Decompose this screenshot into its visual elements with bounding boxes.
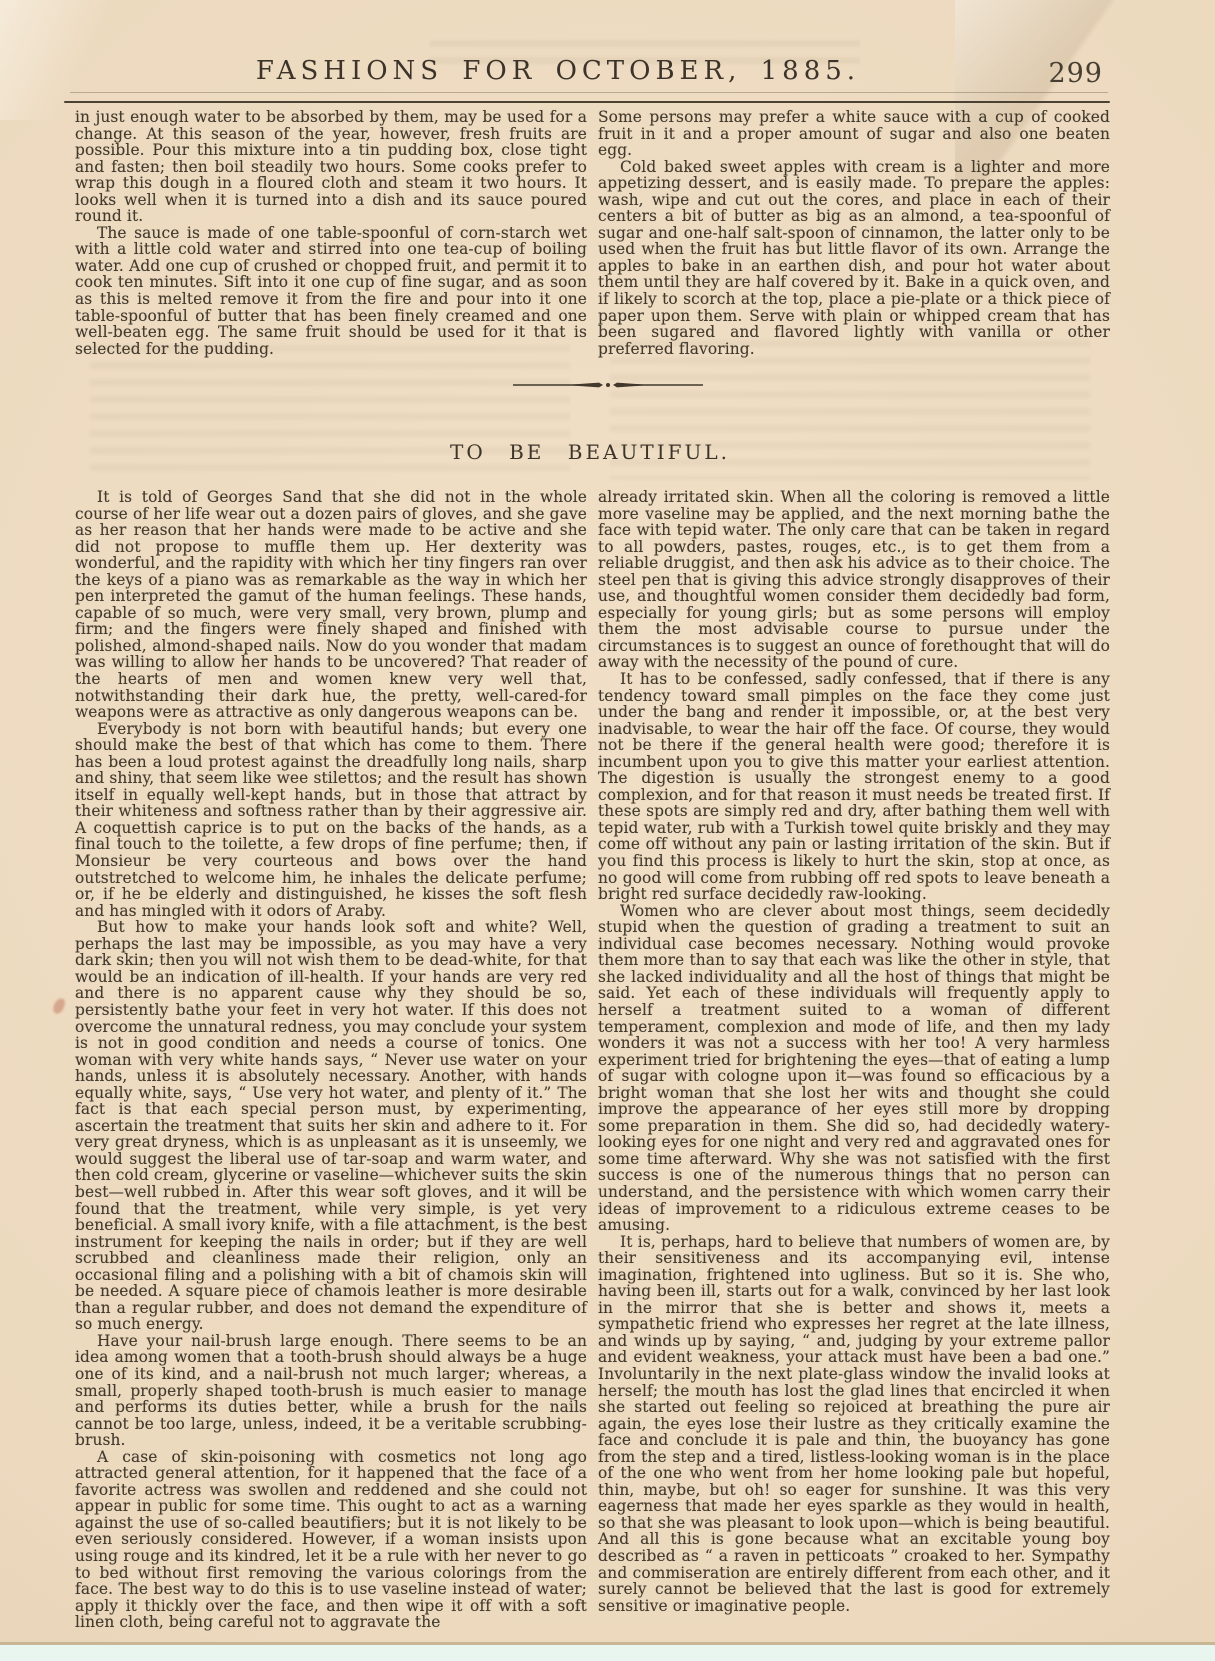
paragraph: Women who are clever about most things, … xyxy=(598,903,1110,1234)
running-head-title: FASHIONS FOR OCTOBER, 1885. xyxy=(228,56,888,86)
paragraph: Have your nail-brush large enough. There… xyxy=(75,1333,587,1449)
magazine-page: FASHIONS FOR OCTOBER, 1885. 299 in just … xyxy=(0,0,1215,1645)
beauty-article-right-column: already irritated skin. When all the col… xyxy=(598,489,1110,1614)
paragraph: Cold baked sweet apples with cream is a … xyxy=(598,159,1110,358)
article-title: TO BE BEAUTIFUL. xyxy=(0,440,1180,464)
paragraph: It has to be confessed, sadly confessed,… xyxy=(598,671,1110,903)
paragraph: already irritated skin. When all the col… xyxy=(598,489,1110,671)
paragraph: A case of skin-poisoning with cosmetics … xyxy=(75,1449,587,1631)
page-number: 299 xyxy=(1048,58,1103,89)
header-rule xyxy=(64,101,1110,103)
paragraph: The sauce is made of one table-spoonful … xyxy=(75,225,587,357)
ornamental-rule-icon xyxy=(513,379,703,391)
paragraph: in just enough water to be absorbed by t… xyxy=(75,109,587,225)
section-divider xyxy=(0,376,1215,395)
paragraph: Some persons may prefer a white sauce wi… xyxy=(598,109,1110,159)
top-article-left-column: in just enough water to be absorbed by t… xyxy=(75,109,587,357)
top-article-right-column: Some persons may prefer a white sauce wi… xyxy=(598,109,1110,357)
paper-stain xyxy=(52,997,67,1015)
paragraph: Everybody is not born with beautiful han… xyxy=(75,721,587,920)
scan-background-strip xyxy=(0,1642,1215,1661)
paragraph: But how to make your hands look soft and… xyxy=(75,919,587,1333)
beauty-article-left-column: It is told of Georges Sand that she did … xyxy=(75,489,587,1631)
header-rule-faint xyxy=(70,92,1108,93)
paragraph: It is told of Georges Sand that she did … xyxy=(75,489,587,721)
paragraph: It is, perhaps, hard to believe that num… xyxy=(598,1234,1110,1615)
